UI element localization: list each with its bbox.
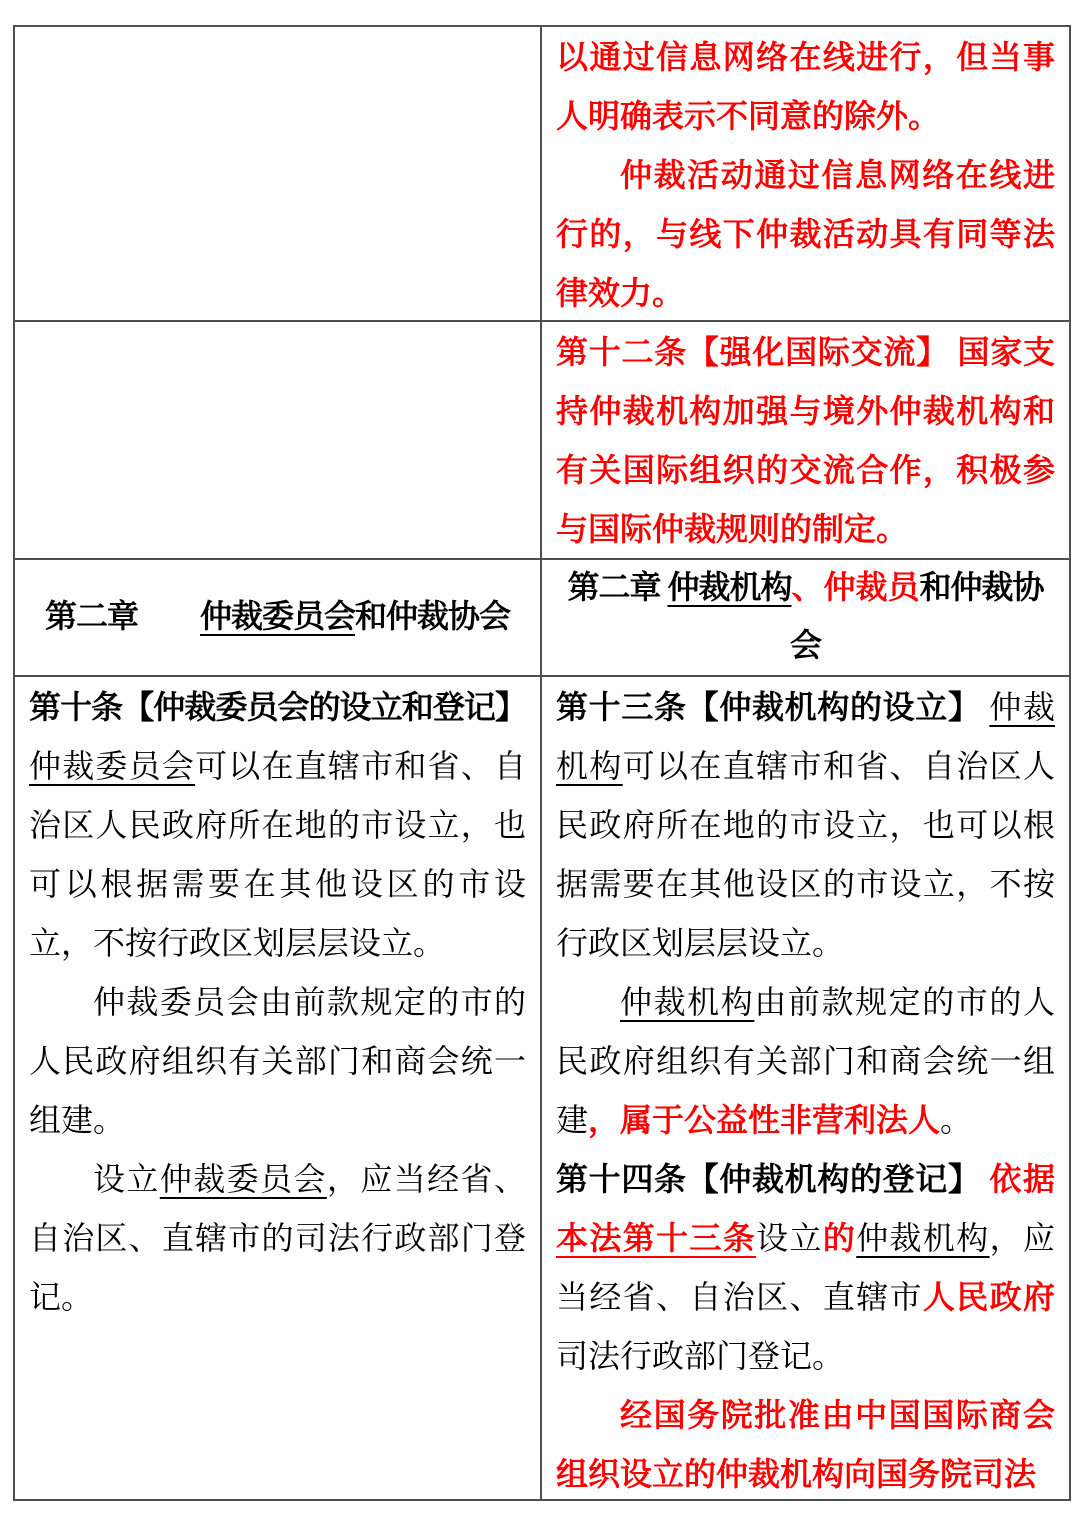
paragraph: 第十二条【强化国际交流】 国家支持仲裁机构加强与境外仲裁机构和有关国际组织的交流… (556, 323, 1055, 555)
old-law-article-10-content: 第十条【仲裁委员会的设立和登记】仲裁委员会可以在直辖市和省、自治区人民政府所在地… (15, 677, 540, 1496)
page: { "colors": { "highlight_red": "#ff0000"… (0, 0, 1080, 1527)
text-run: 以通过信息网络在线进行，但当事人明确表示不同意的除外。 (556, 39, 1055, 134)
text-run: 人民政府 (923, 1279, 1055, 1315)
text-run: ，属于公益性非营利法人 (588, 1102, 940, 1138)
text-run: 。 (940, 1102, 972, 1138)
old-law-article-10: 第十条【仲裁委员会的设立和登记】仲裁委员会可以在直辖市和省、自治区人民政府所在地… (14, 676, 541, 1500)
new-draft-article-12-content: 第十二条【强化国际交流】 国家支持仲裁机构加强与境外仲裁机构和有关国际组织的交流… (542, 322, 1069, 555)
text-run: 仲裁机构 (856, 1220, 989, 1256)
new-draft-articles-13-14-content: 第十三条【仲裁机构的设立】 仲裁机构可以在直辖市和省、自治区人民政府所在地的市设… (542, 677, 1069, 1496)
paragraph: 第十三条【仲裁机构的设立】 仲裁机构可以在直辖市和省、自治区人民政府所在地的市设… (556, 678, 1055, 973)
text-run: 可以在直辖市和省、自治区人民政府所在地的市设立，也可以根据需要在其他设区的市设立… (556, 748, 1055, 961)
text-run: 依据 (989, 1161, 1055, 1197)
new-draft-online-arbitration-content: 以通过信息网络在线进行，但当事人明确表示不同意的除外。仲裁活动通过信息网络在线进… (542, 27, 1069, 317)
text-run: 第十三条【仲裁机构的设立】 (556, 689, 989, 725)
old-law-empty-1 (14, 26, 541, 321)
paragraph: 仲裁活动通过信息网络在线进行的，与线下仲裁活动具有同等法律效力。 (556, 146, 1055, 317)
row-chapter-2-heading: 第二章 仲裁委员会和仲裁协会第二章 仲裁机构、仲裁员和仲裁协会 (14, 559, 1070, 676)
paragraph: 设立仲裁委员会，应当经省、自治区、直辖市的司法行政部门登记。 (29, 1150, 526, 1327)
paragraph: 以通过信息网络在线进行，但当事人明确表示不同意的除外。 (556, 28, 1055, 146)
text-run: 第二章 (45, 598, 200, 634)
paragraph: 第二章 仲裁机构、仲裁员和仲裁协会 (552, 560, 1059, 671)
text-run: 仲裁委员会 (160, 1161, 327, 1197)
text-run: 、仲裁员 (792, 569, 920, 605)
paragraph: 第二章 仲裁委员会和仲裁协会 (25, 587, 530, 645)
text-run: 仲裁机构 (667, 569, 791, 605)
old-law-empty-2 (14, 321, 541, 559)
paragraph: 第十条【仲裁委员会的设立和登记】仲裁委员会可以在直辖市和省、自治区人民政府所在地… (29, 678, 526, 973)
text-run: 第十四条【仲裁机构的登记】 (556, 1161, 989, 1197)
text-run: 经国务院批准由中国国际商会组织设立的仲裁机构向国务院司法 (556, 1397, 1055, 1492)
text-run: 设立 (756, 1220, 823, 1256)
row-establishment-articles: 第十条【仲裁委员会的设立和登记】仲裁委员会可以在直辖市和省、自治区人民政府所在地… (14, 676, 1070, 1500)
old-law-chapter-2-heading: 第二章 仲裁委员会和仲裁协会 (14, 559, 541, 676)
text-run: 第十条【仲裁委员会的设立和登记】 (29, 689, 526, 725)
old-law-chapter-2-heading-content: 第二章 仲裁委员会和仲裁协会 (15, 560, 540, 671)
text-run: 仲裁委员会由前款规定的市的人民政府组织有关部门和商会统一组建。 (29, 984, 526, 1138)
old-law-empty-2-content (15, 322, 540, 555)
text-run: 司法行政部门登记。 (556, 1338, 844, 1374)
text-run: 设立 (93, 1161, 160, 1197)
text-run: 仲裁委员会 (200, 598, 355, 634)
text-run: 仲裁活动通过信息网络在线进行的，与线下仲裁活动具有同等法律效力。 (556, 157, 1055, 311)
law-comparison-table: 以通过信息网络在线进行，但当事人明确表示不同意的除外。仲裁活动通过信息网络在线进… (13, 25, 1071, 1501)
text-run: 第二章 (567, 569, 667, 605)
paragraph: 经国务院批准由中国国际商会组织设立的仲裁机构向国务院司法 (556, 1386, 1055, 1496)
paragraph: 第十四条【仲裁机构的登记】 依据本法第十三条设立的仲裁机构，应当经省、自治区、直… (556, 1150, 1055, 1386)
new-draft-article-12: 第十二条【强化国际交流】 国家支持仲裁机构加强与境外仲裁机构和有关国际组织的交流… (541, 321, 1070, 559)
new-draft-chapter-2-heading-content: 第二章 仲裁机构、仲裁员和仲裁协会 (542, 560, 1069, 671)
paragraph: 仲裁委员会由前款规定的市的人民政府组织有关部门和商会统一组建。 (29, 973, 526, 1150)
paragraph: 仲裁机构由前款规定的市的人民政府组织有关部门和商会统一组建，属于公益性非营利法人… (556, 973, 1055, 1150)
new-draft-chapter-2-heading: 第二章 仲裁机构、仲裁员和仲裁协会 (541, 559, 1070, 676)
text-run: 仲裁机构 (620, 984, 754, 1020)
new-draft-online-arbitration: 以通过信息网络在线进行，但当事人明确表示不同意的除外。仲裁活动通过信息网络在线进… (541, 26, 1070, 321)
old-law-empty-1-content (15, 27, 540, 317)
row-online-arbitration: 以通过信息网络在线进行，但当事人明确表示不同意的除外。仲裁活动通过信息网络在线进… (14, 26, 1070, 321)
text-run: 第十二条【强化国际交流】 国家支持仲裁机构加强与境外仲裁机构和有关国际组织的交流… (556, 334, 1055, 547)
text-run: 本法第十三条 (556, 1220, 756, 1256)
text-run: 的 (823, 1220, 856, 1256)
table-body: 以通过信息网络在线进行，但当事人明确表示不同意的除外。仲裁活动通过信息网络在线进… (14, 26, 1070, 1500)
new-draft-articles-13-14: 第十三条【仲裁机构的设立】 仲裁机构可以在直辖市和省、自治区人民政府所在地的市设… (541, 676, 1070, 1500)
text-run: 和仲裁协会 (355, 598, 510, 634)
row-article-12: 第十二条【强化国际交流】 国家支持仲裁机构加强与境外仲裁机构和有关国际组织的交流… (14, 321, 1070, 559)
text-run: 仲裁委员会 (29, 748, 195, 784)
